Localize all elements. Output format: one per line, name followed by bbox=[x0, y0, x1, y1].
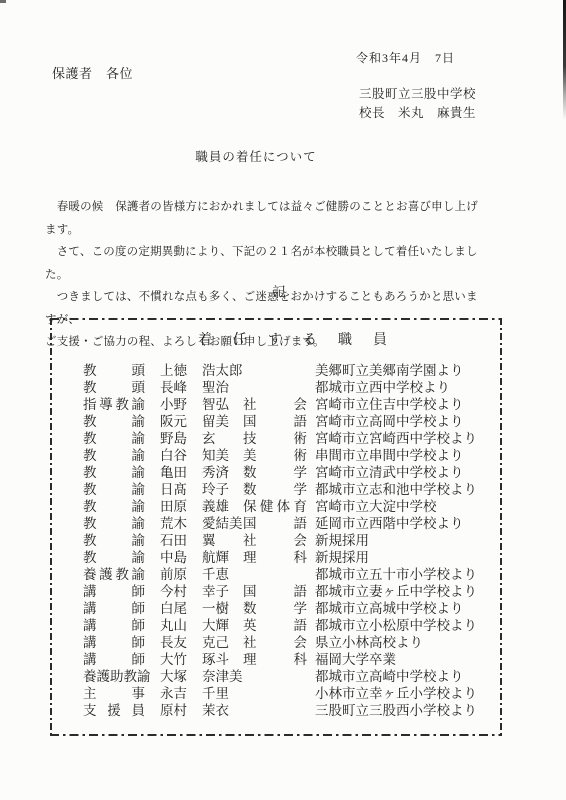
staff-given-name: 茉衣 bbox=[202, 702, 243, 719]
staff-subject: 美術 bbox=[243, 447, 307, 464]
staff-role: 教諭 bbox=[83, 464, 145, 481]
staff-subject: 国語 bbox=[243, 515, 307, 532]
staff-given-name: 幸子 bbox=[202, 583, 243, 600]
staff-family-name: 前原 bbox=[160, 566, 202, 583]
staff-role: 講師 bbox=[83, 634, 145, 651]
staff-family-name: 今村 bbox=[160, 583, 202, 600]
staff-given-name: 千恵 bbox=[202, 566, 243, 583]
staff-row: 教諭 亀田 秀済 数学 宮崎市立清武中学校より bbox=[50, 464, 502, 481]
staff-role: 講師 bbox=[83, 651, 145, 668]
staff-origin: 宮崎市立宮崎西中学校より bbox=[315, 430, 477, 447]
staff-subject: 理科 bbox=[243, 549, 307, 566]
staff-given-name: 奈津美 bbox=[202, 668, 243, 685]
staff-family-name: 丸山 bbox=[160, 617, 202, 634]
document-date: 令和3年4月 7日 bbox=[356, 49, 455, 66]
staff-subject: 数学 bbox=[243, 464, 307, 481]
staff-origin: 宮崎市立清武中学校より bbox=[315, 464, 464, 481]
staff-role: 教諭 bbox=[83, 498, 145, 515]
staff-role: 指導教諭 bbox=[83, 396, 145, 413]
staff-row: 教諭 田原 義雄 保健体育 宮崎市立大淀中学校 bbox=[50, 498, 502, 515]
staff-subject: 社会 bbox=[243, 396, 307, 413]
scan-artifact-top-left bbox=[0, 0, 6, 3]
staff-origin: 都城市立高城中学校より bbox=[315, 600, 464, 617]
staff-role: 講師 bbox=[83, 583, 145, 600]
staff-role: 養護教諭 bbox=[83, 566, 145, 583]
staff-subject: 国語 bbox=[243, 413, 307, 430]
dashed-border-bottom bbox=[50, 734, 502, 736]
staff-row: 教諭 白谷 知美 美術 串間市立串間中学校より bbox=[50, 447, 502, 464]
staff-given-name: 浩太郎 bbox=[202, 362, 243, 379]
staff-row: 教諭 荒木 愛結美 国語 延岡市立西階中学校より bbox=[50, 515, 502, 532]
staff-subject bbox=[243, 685, 307, 702]
staff-role: 教諭 bbox=[83, 549, 145, 566]
staff-origin: 都城市立西中学校より bbox=[315, 379, 450, 396]
staff-family-name: 阪元 bbox=[160, 413, 202, 430]
staff-origin: 都城市立志和池中学校より bbox=[315, 481, 477, 498]
staff-row: 教頭 長峰 聖治 都城市立西中学校より bbox=[50, 379, 502, 396]
staff-origin: 延岡市立西階中学校より bbox=[315, 515, 464, 532]
document-title: 職員の着任について bbox=[0, 147, 512, 165]
staff-given-name: 知美 bbox=[202, 447, 243, 464]
staff-given-name: 秀済 bbox=[202, 464, 243, 481]
staff-family-name: 永吉 bbox=[160, 685, 202, 702]
staff-row: 養護教諭 前原 千恵 都城市立五十市小学校より bbox=[50, 566, 502, 583]
staff-origin: 都城市立小松原中学校より bbox=[315, 617, 477, 634]
staff-row: 教諭 日髙 玲子 数学 都城市立志和池中学校より bbox=[50, 481, 502, 498]
staff-role: 講師 bbox=[83, 600, 145, 617]
staff-family-name: 亀田 bbox=[160, 464, 202, 481]
staff-given-name: 大輝 bbox=[202, 617, 243, 634]
staff-family-name: 日髙 bbox=[160, 481, 202, 498]
staff-given-name: 千里 bbox=[202, 685, 243, 702]
staff-role: 教諭 bbox=[83, 532, 145, 549]
staff-role: 教諭 bbox=[83, 413, 145, 430]
staff-given-name: 智弘 bbox=[202, 396, 243, 413]
staff-origin: 新規採用 bbox=[315, 549, 369, 566]
dashed-border-top bbox=[50, 318, 502, 320]
staff-origin: 都城市立妻ヶ丘中学校より bbox=[315, 583, 477, 600]
staff-row: 教諭 中島 航輝 理科 新規採用 bbox=[50, 549, 502, 566]
staff-role: 教頭 bbox=[83, 362, 145, 379]
staff-role: 講師 bbox=[83, 617, 145, 634]
staff-given-name: 愛結美 bbox=[202, 515, 243, 532]
staff-given-name: 一樹 bbox=[202, 600, 243, 617]
staff-given-name: 義雄 bbox=[202, 498, 243, 515]
staff-subject bbox=[243, 362, 307, 379]
staff-subject: 理科 bbox=[243, 651, 307, 668]
staff-family-name: 白谷 bbox=[160, 447, 202, 464]
staff-given-name: 克己 bbox=[202, 634, 243, 651]
staff-origin: 都城市立高崎中学校より bbox=[315, 668, 464, 685]
staff-subject: 技術 bbox=[243, 430, 307, 447]
staff-family-name: 中島 bbox=[160, 549, 202, 566]
staff-subject: 数学 bbox=[243, 481, 307, 498]
staff-subject bbox=[243, 668, 307, 685]
staff-subject bbox=[243, 379, 307, 396]
staff-subject bbox=[243, 566, 307, 583]
staff-row: 教頭 上徳 浩太郎 美郷町立美郷南学園より bbox=[50, 362, 502, 379]
staff-given-name: 聖治 bbox=[202, 379, 243, 396]
staff-origin: 美郷町立美郷南学園より bbox=[315, 362, 464, 379]
staff-origin: 宮崎市立住吉中学校より bbox=[315, 396, 464, 413]
staff-row: 教諭 野島 玄 技術 宮崎市立宮崎西中学校より bbox=[50, 430, 502, 447]
staff-origin: 三股町立三股西小学校より bbox=[315, 702, 477, 719]
staff-list-box: 着任する職員 教頭 上徳 浩太郎 美郷町立美郷南学園より 教頭 長峰 聖治 都城… bbox=[50, 318, 502, 736]
staff-subject: 英語 bbox=[243, 617, 307, 634]
staff-row: 講師 長友 克己 社会 県立小林高校より bbox=[50, 634, 502, 651]
staff-family-name: 上徳 bbox=[160, 362, 202, 379]
staff-row: 講師 白尾 一樹 数学 都城市立高城中学校より bbox=[50, 600, 502, 617]
staff-role: 教諭 bbox=[83, 430, 145, 447]
scanned-document-page: 令和3年4月 7日 保護者 各位 三股町立三股中学校 校長 米丸 麻貴生 職員の… bbox=[0, 0, 566, 800]
sender-principal-name: 校長 米丸 麻貴生 bbox=[359, 103, 476, 121]
staff-subject: 保健体育 bbox=[243, 498, 307, 515]
staff-role: 主事 bbox=[83, 685, 145, 702]
staff-subject: 数学 bbox=[243, 600, 307, 617]
body-line: さて、この度の定期異動により、下記の２１名が本校職員として着任いたしました。 bbox=[45, 241, 480, 286]
staff-family-name: 長峰 bbox=[160, 379, 202, 396]
staff-role: 養護助教諭 bbox=[83, 668, 145, 685]
staff-origin: 宮崎市立大淀中学校 bbox=[315, 498, 437, 515]
staff-subject: 社会 bbox=[243, 532, 307, 549]
staff-row: 教諭 阪元 留美 国語 宮崎市立高岡中学校より bbox=[50, 413, 502, 430]
staff-family-name: 大塚 bbox=[160, 668, 202, 685]
staff-given-name: 翼 bbox=[202, 532, 243, 549]
body-line: 春暖の候 保護者の皆様方におかれましては益々ご健勝のこととお喜び申し上げます。 bbox=[45, 196, 480, 241]
staff-row: 養護助教諭 大塚 奈津美 都城市立高崎中学校より bbox=[50, 668, 502, 685]
staff-role: 教諭 bbox=[83, 447, 145, 464]
staff-family-name: 田原 bbox=[160, 498, 202, 515]
staff-given-name: 玲子 bbox=[202, 481, 243, 498]
staff-box-title: 着任する職員 bbox=[198, 329, 408, 349]
staff-given-name: 留美 bbox=[202, 413, 243, 430]
staff-row: 講師 大竹 琢斗 理科 福岡大学卒業 bbox=[50, 651, 502, 668]
staff-role: 教諭 bbox=[83, 515, 145, 532]
staff-subject: 社会 bbox=[243, 634, 307, 651]
staff-family-name: 長友 bbox=[160, 634, 202, 651]
staff-origin: 串間市立串間中学校より bbox=[315, 447, 464, 464]
staff-given-name: 玄 bbox=[202, 430, 243, 447]
staff-origin: 小林市立幸ヶ丘小学校より bbox=[315, 685, 477, 702]
staff-row: 教諭 石田 翼 社会 新規採用 bbox=[50, 532, 502, 549]
staff-family-name: 石田 bbox=[160, 532, 202, 549]
staff-family-name: 小野 bbox=[160, 396, 202, 413]
staff-role: 支援員 bbox=[83, 702, 145, 719]
staff-role: 教頭 bbox=[83, 379, 145, 396]
staff-given-name: 琢斗 bbox=[202, 651, 243, 668]
staff-origin: 福岡大学卒業 bbox=[315, 651, 396, 668]
staff-family-name: 荒木 bbox=[160, 515, 202, 532]
staff-origin: 宮崎市立高岡中学校より bbox=[315, 413, 464, 430]
sender-school-name: 三股町立三股中学校 bbox=[359, 84, 476, 102]
staff-row: 主事 永吉 千里 小林市立幸ヶ丘小学校より bbox=[50, 685, 502, 702]
staff-subject bbox=[243, 702, 307, 719]
staff-given-name: 航輝 bbox=[202, 549, 243, 566]
staff-family-name: 野島 bbox=[160, 430, 202, 447]
record-marker: 記 bbox=[0, 281, 558, 300]
staff-row: 講師 今村 幸子 国語 都城市立妻ヶ丘中学校より bbox=[50, 583, 502, 600]
staff-role: 教諭 bbox=[83, 481, 145, 498]
staff-subject: 国語 bbox=[243, 583, 307, 600]
staff-row: 指導教諭 小野 智弘 社会 宮崎市立住吉中学校より bbox=[50, 396, 502, 413]
staff-family-name: 白尾 bbox=[160, 600, 202, 617]
staff-family-name: 原村 bbox=[160, 702, 202, 719]
staff-row: 講師 丸山 大輝 英語 都城市立小松原中学校より bbox=[50, 617, 502, 634]
addressee: 保護者 各位 bbox=[52, 63, 133, 82]
staff-origin: 都城市立五十市小学校より bbox=[315, 566, 477, 583]
staff-family-name: 大竹 bbox=[160, 651, 202, 668]
staff-origin: 新規採用 bbox=[315, 532, 369, 549]
staff-origin: 県立小林高校より bbox=[315, 634, 423, 651]
staff-list: 教頭 上徳 浩太郎 美郷町立美郷南学園より 教頭 長峰 聖治 都城市立西中学校よ… bbox=[50, 362, 502, 719]
staff-row: 支援員 原村 茉衣 三股町立三股西小学校より bbox=[50, 702, 502, 719]
